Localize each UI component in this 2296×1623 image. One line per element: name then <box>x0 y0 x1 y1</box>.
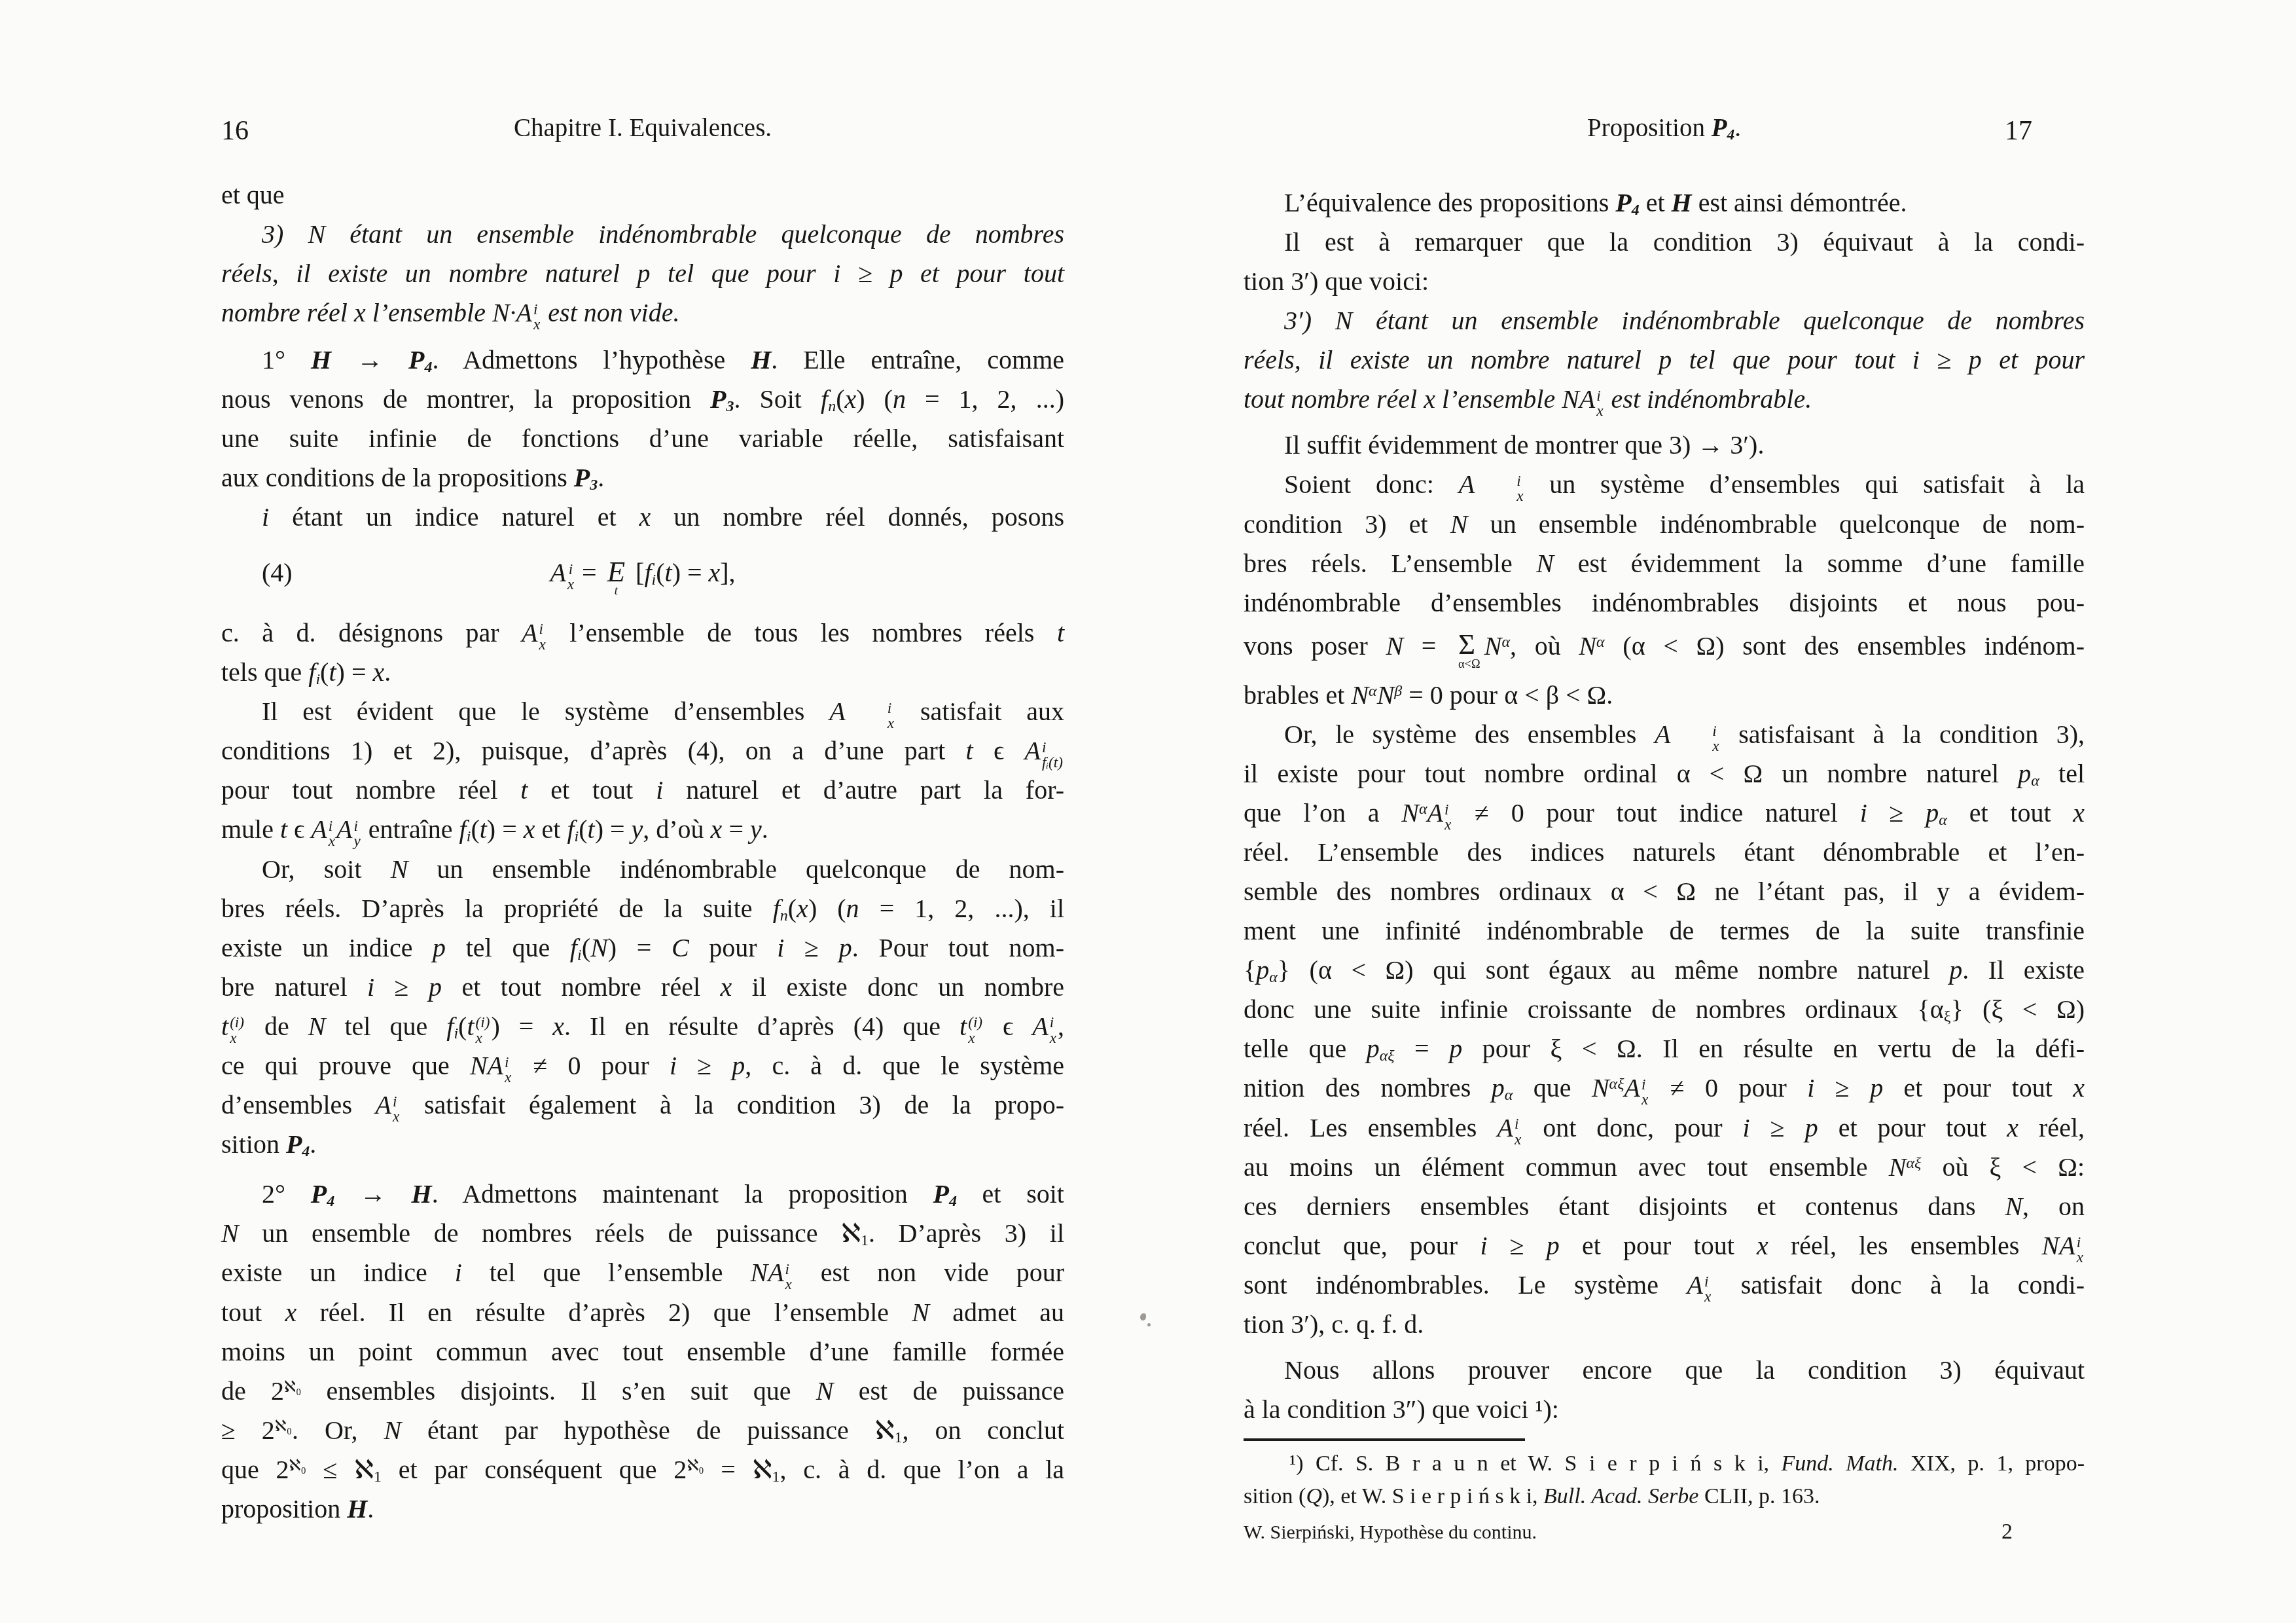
text-line: conclut que, pour i ≥ p et pour tout x r… <box>1244 1226 2085 1266</box>
text-line: Soient donc: Aix un système d’ensembles … <box>1244 465 2085 504</box>
text-line: sont indénombrables. Le système Aix sati… <box>1244 1266 2085 1305</box>
text-line: réel. Les ensembles Aix ont donc, pour i… <box>1244 1108 2085 1148</box>
text-line: ≥ 2ℵ₀. Or, N étant par hypothèse de puis… <box>221 1411 1064 1450</box>
page-header-left: 16 Chapitre I. Equivalences. <box>221 111 1064 145</box>
text-line: nombre réel x l’ensemble N·Aix est non v… <box>221 293 1064 333</box>
text-line: tout x réel. Il en résulte d’après 2) qu… <box>221 1293 1064 1332</box>
text-line: à la condition 3″) que voici ¹): <box>1244 1390 2085 1429</box>
text-line: 2° P4 → H. Admettons maintenant la propo… <box>221 1175 1064 1214</box>
text-line: et que <box>221 175 1064 215</box>
text-line: vons poser N = Σα<ΩNα, où Nα (α < Ω) son… <box>1244 627 2085 670</box>
text-line: Or, le système des ensembles Aix satisfa… <box>1244 715 2085 754</box>
text-line: aux conditions de la propositions P3. <box>221 458 1064 498</box>
text-line: mule t ϵ AixAiy entraîne fi(t) = x et fi… <box>221 810 1064 849</box>
text-line: 1° H → P4. Admettons l’hypothèse H. Elle… <box>221 340 1064 380</box>
text-line: sition P4. <box>221 1125 1064 1164</box>
page-header-right: Proposition P4. 17 <box>1244 111 2085 145</box>
text-line: ment une infinité indénombrable de terme… <box>1244 911 2085 951</box>
footnote-block: ¹) Cf. S. B r a u n et W. S i e r p i ń … <box>1244 1448 2085 1513</box>
text-line: ¹) Cf. S. B r a u n et W. S i e r p i ń … <box>1244 1448 2085 1480</box>
text-line: bres réels. L’ensemble N est évidemment … <box>1244 544 2085 583</box>
text-line: N un ensemble de nombres réels de puissa… <box>221 1214 1064 1253</box>
text-line: L’équivalence des propositions P4 et H e… <box>1244 183 2085 223</box>
text-line: sition (Q), et W. S i e r p i ń s k i, B… <box>1244 1480 2085 1513</box>
text-line: réel. L’ensemble des indices naturels ét… <box>1244 833 2085 872</box>
text-line: tels que fi(t) = x. <box>221 653 1064 692</box>
text-line: conditions 1) et 2), puisque, d’après (4… <box>221 731 1064 771</box>
text-line: brables et NαNβ = 0 pour α < β < Ω. <box>1244 676 2085 715</box>
text-line: réels, il existe un nombre naturel p tel… <box>1244 340 2085 380</box>
running-head-left: Chapitre I. Equivalences. <box>221 111 1064 145</box>
text-line: pour tout nombre réel t et tout i nature… <box>221 771 1064 810</box>
page-left: 16 Chapitre I. Equivalences. et que3) N … <box>221 111 1064 1529</box>
sheet-number: 2 <box>2001 1518 2085 1546</box>
text-column-left: et que3) N étant un ensemble indénombrab… <box>221 175 1064 1529</box>
text-line: que l’on a NαAix ≠ 0 pour tout indice na… <box>1244 793 2085 833</box>
text-line: il existe pour tout nombre ordinal α < Ω… <box>1244 754 2085 793</box>
text-line: c. à d. désignons par Aix l’ensemble de … <box>221 613 1064 653</box>
text-line: de 2ℵ₀ ensembles disjoints. Il s’en suit… <box>221 1372 1064 1411</box>
page-number-right: 17 <box>2005 114 2032 148</box>
text-line: tout nombre réel x l’ensemble NAix est i… <box>1244 380 2085 419</box>
page-right: Proposition P4. 17 L’équivalence des pro… <box>1244 111 2085 1546</box>
text-line: existe un indice p tel que fi(N) = C pou… <box>221 928 1064 968</box>
text-line: ces derniers ensembles étant disjoints e… <box>1244 1187 2085 1226</box>
text-line: semble des nombres ordinaux α < Ω ne l’é… <box>1244 872 2085 911</box>
text-line: {pα} (α < Ω) qui sont égaux au même nomb… <box>1244 951 2085 990</box>
text-line: une suite infinie de fonctions d’une var… <box>221 419 1064 458</box>
text-line: au moins un élément commun avec tout ens… <box>1244 1148 2085 1187</box>
text-line: indénombrable d’ensembles indénombrables… <box>1244 583 2085 623</box>
book-signature: W. Sierpiński, Hypothèse du continu. <box>1244 1519 1537 1546</box>
text-column-right: L’équivalence des propositions P4 et H e… <box>1244 183 2085 1429</box>
page-number-left: 16 <box>221 114 249 148</box>
signature-row: W. Sierpiński, Hypothèse du continu. 2 <box>1244 1518 2085 1546</box>
text-line: nition des nombres pα que NαξAix ≠ 0 pou… <box>1244 1068 2085 1108</box>
text-line: telle que pαξ = p pour ξ < Ω. Il en résu… <box>1244 1029 2085 1068</box>
text-line: t(i)x de N tel que fi(t(i)x) = x. Il en … <box>221 1007 1064 1046</box>
text-line: donc une suite infinie croissante de nom… <box>1244 990 2085 1029</box>
text-line: 3′) N étant un ensemble indénombrable qu… <box>1244 301 2085 340</box>
formula-number: (4) <box>262 551 293 594</box>
text-line: Il est à remarquer que la condition 3) é… <box>1244 223 2085 262</box>
text-line: tion 3′), c. q. f. d. <box>1244 1305 2085 1344</box>
text-line: 3) N étant un ensemble indénombrable que… <box>221 215 1064 254</box>
running-head-right: Proposition P4. <box>1244 111 2085 145</box>
text-line: moins un point commun avec tout ensemble… <box>221 1332 1064 1372</box>
text-line: tion 3′) que voici: <box>1244 262 2085 301</box>
text-line: ce qui prouve que NAix ≠ 0 pour i ≥ p, c… <box>221 1046 1064 1085</box>
text-line: Or, soit N un ensemble indénombrable que… <box>221 850 1064 889</box>
text-line: réels, il existe un nombre naturel p tel… <box>221 254 1064 293</box>
text-line: existe un indice i tel que l’ensemble NA… <box>221 1253 1064 1292</box>
text-line: Il est évident que le système d’ensemble… <box>221 692 1064 731</box>
text-line: Nous allons prouver encore que la condit… <box>1244 1351 2085 1390</box>
text-line: nous venons de montrer, la proposition P… <box>221 380 1064 419</box>
text-line: condition 3) et N un ensemble indénombra… <box>1244 505 2085 544</box>
text-line: Il suffit évidemment de montrer que 3) →… <box>1244 426 2085 465</box>
text-line: i étant un indice naturel et x un nombre… <box>221 498 1064 537</box>
scan-speck <box>1140 1313 1146 1321</box>
display-formula: (4)Aix = Et [fi(t) = x], <box>221 551 1064 597</box>
formula-content: Aix = Et [fi(t) = x], <box>550 558 735 587</box>
text-line: bre naturel i ≥ p et tout nombre réel x … <box>221 968 1064 1007</box>
text-line: que 2ℵ₀ ≤ ℵ1 et par conséquent que 2ℵ₀ =… <box>221 1450 1064 1489</box>
scan-speck <box>1147 1323 1151 1326</box>
text-line: bres réels. D’après la propriété de la s… <box>221 889 1064 928</box>
text-line: proposition H. <box>221 1489 1064 1529</box>
text-line: d’ensembles Aix satisfait également à la… <box>221 1085 1064 1125</box>
footnote-rule <box>1244 1438 1525 1441</box>
